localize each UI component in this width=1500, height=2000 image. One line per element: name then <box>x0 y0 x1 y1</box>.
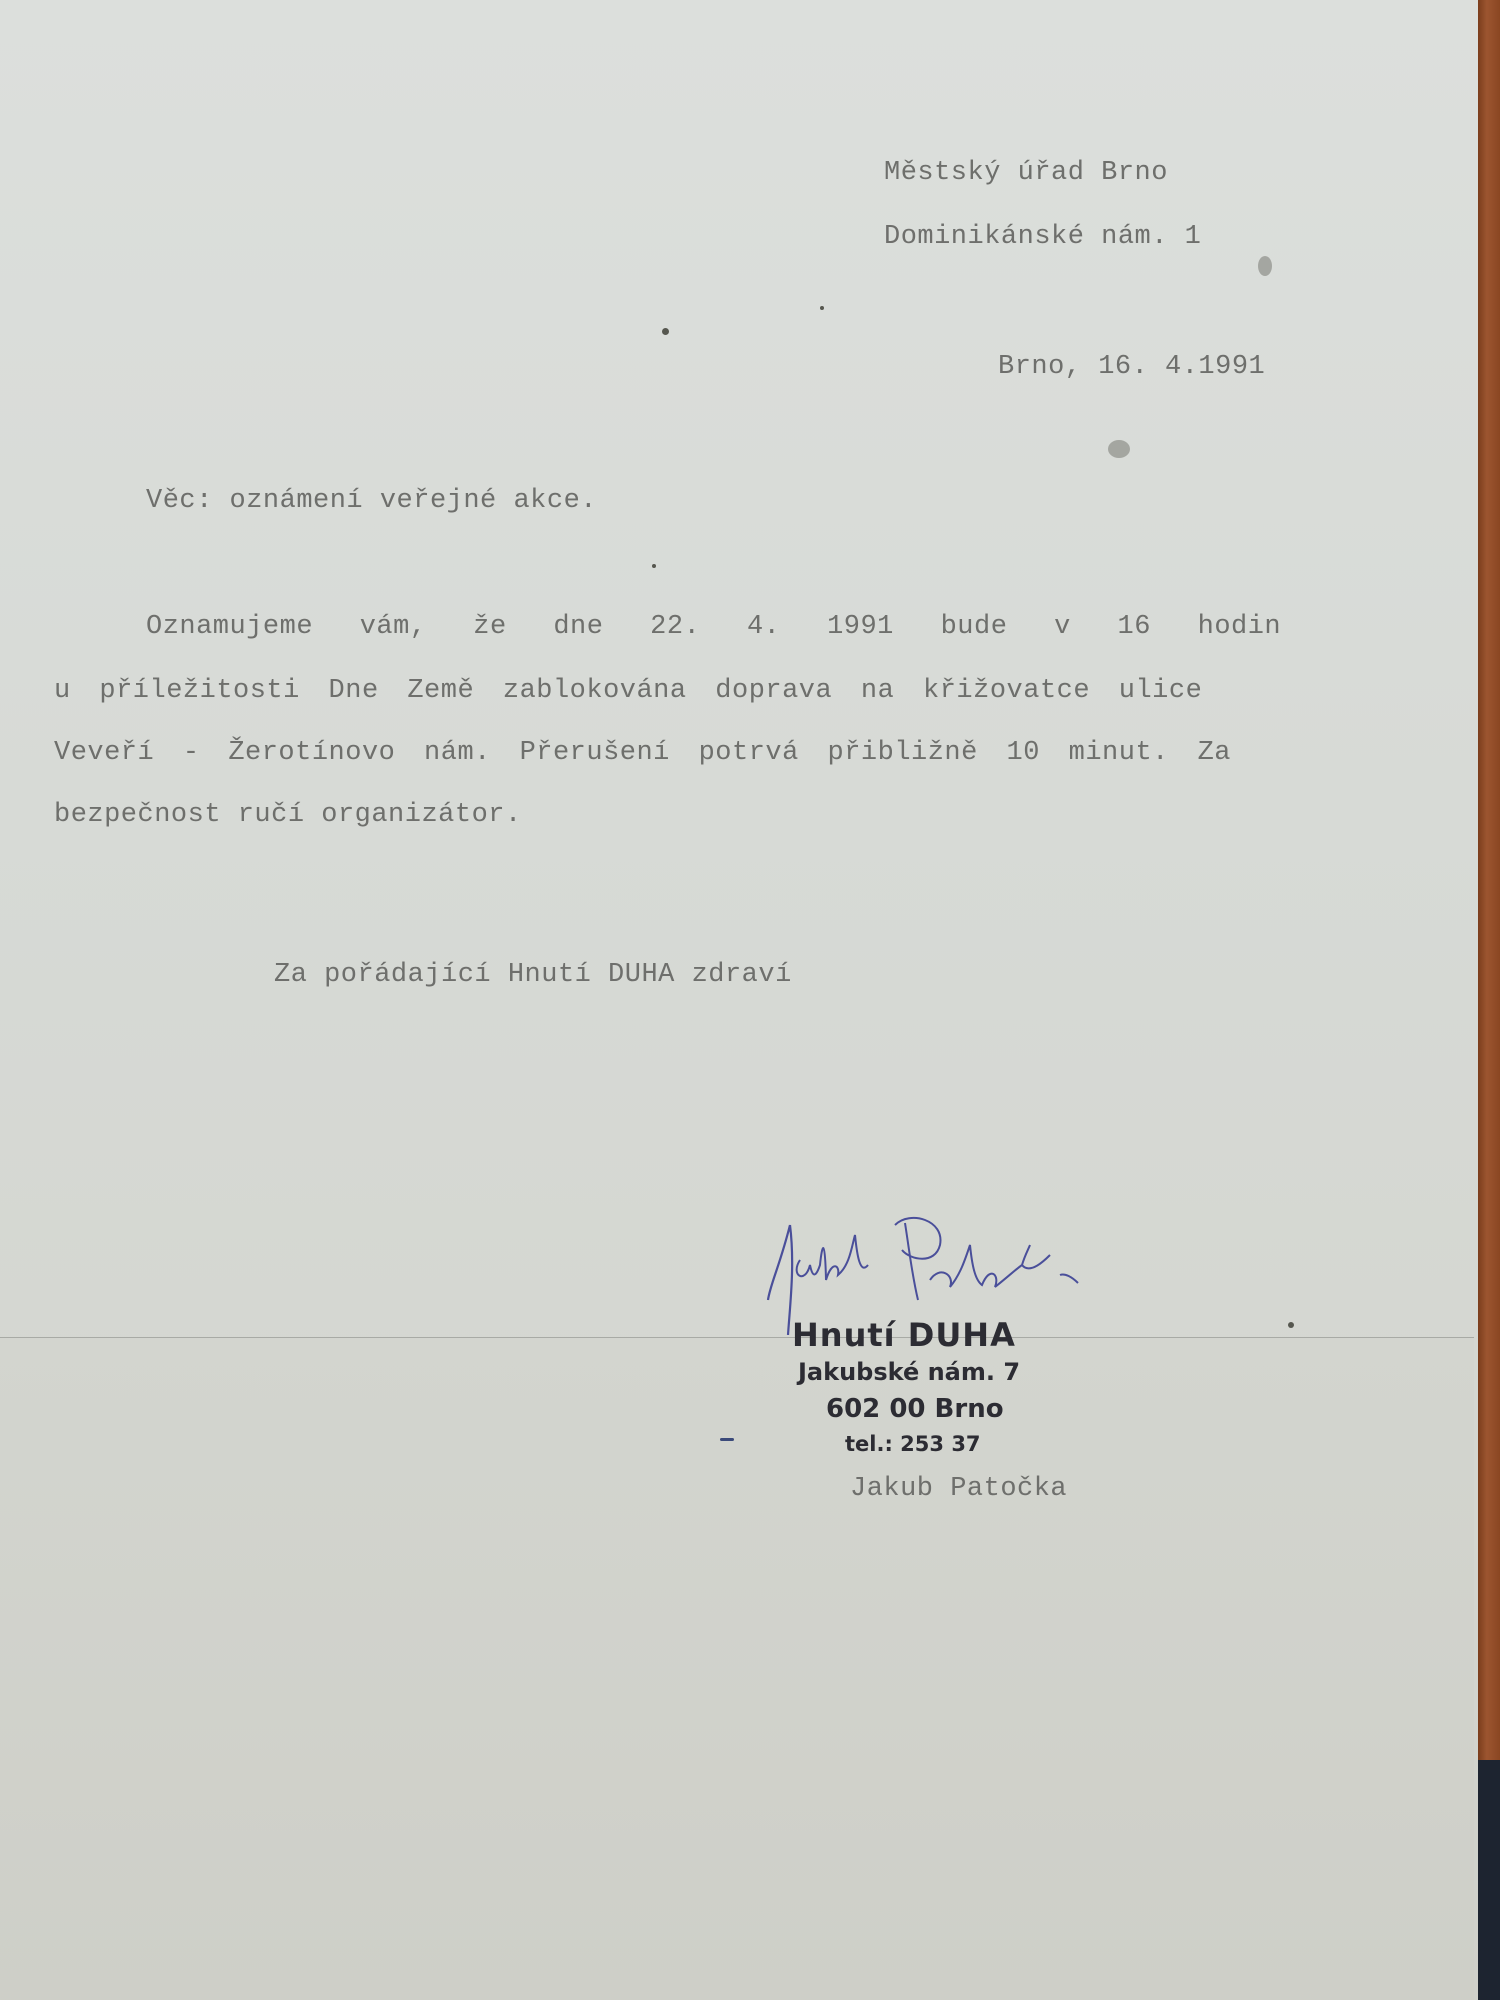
ink-speck <box>652 564 656 568</box>
place-date: Brno, 16. 4.1991 <box>998 352 1265 382</box>
closing-line: Za pořádající Hnutí DUHA zdraví <box>274 960 792 990</box>
ink-speck <box>820 306 824 310</box>
paper-fold-section <box>0 1337 1474 2000</box>
body-line-4: bezpečnost ručí organizátor. <box>54 800 522 830</box>
pen-mark <box>720 1438 734 1441</box>
letter-page: Městský úřad Brno Dominikánské nám. 1 Br… <box>0 0 1478 2000</box>
recipient-line-2: Dominikánské nám. 1 <box>884 222 1201 252</box>
dark-object-corner <box>1478 1760 1500 2000</box>
body-line-2: u příležitosti Dne Země zablokována dopr… <box>54 676 1202 706</box>
body-line-1: Oznamujeme vám, že dne 22. 4. 1991 bude … <box>146 612 1281 642</box>
stamp-street: Jakubské nám. 7 <box>798 1358 1020 1386</box>
body-line-3: Veveří - Žerotínovo nám. Přerušení potrv… <box>54 738 1231 768</box>
stamp-organization-name: Hnutí DUHA <box>792 1316 1016 1354</box>
stamp-city: 602 00 Brno <box>826 1394 1004 1424</box>
wooden-table-background <box>1478 0 1500 2000</box>
subject-line: Věc: oznámení veřejné akce. <box>146 486 597 516</box>
ink-speck <box>1288 1322 1294 1328</box>
stamp-phone: tel.: 253 37 <box>845 1432 981 1456</box>
signatory-name: Jakub Patočka <box>850 1474 1067 1504</box>
recipient-line-1: Městský úřad Brno <box>884 158 1168 188</box>
ink-smudge <box>1258 256 1272 276</box>
ink-speck <box>662 328 669 335</box>
ink-smudge <box>1108 440 1130 458</box>
